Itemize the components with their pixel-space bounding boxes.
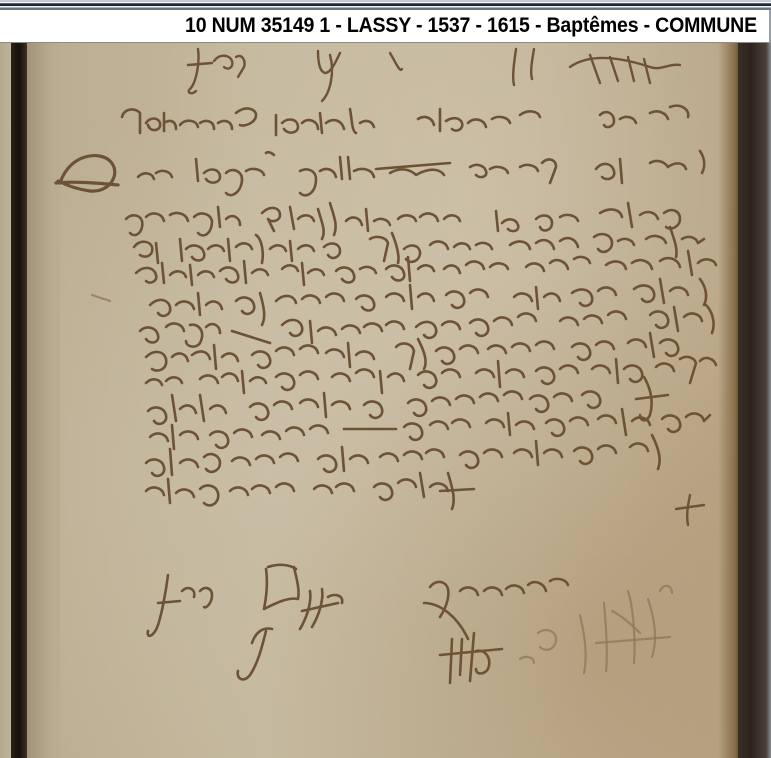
title-bar: 10 NUM 35149 1 - LASSY - 1537 - 1615 - B…	[0, 10, 771, 43]
manuscript-handwriting	[0, 43, 771, 758]
document-viewer: 10 NUM 35149 1 - LASSY - 1537 - 1615 - B…	[0, 0, 771, 758]
scanned-page-image[interactable]	[0, 43, 771, 758]
document-title: 10 NUM 35149 1 - LASSY - 1537 - 1615 - B…	[185, 13, 757, 39]
window-chrome-stripes	[0, 0, 771, 10]
